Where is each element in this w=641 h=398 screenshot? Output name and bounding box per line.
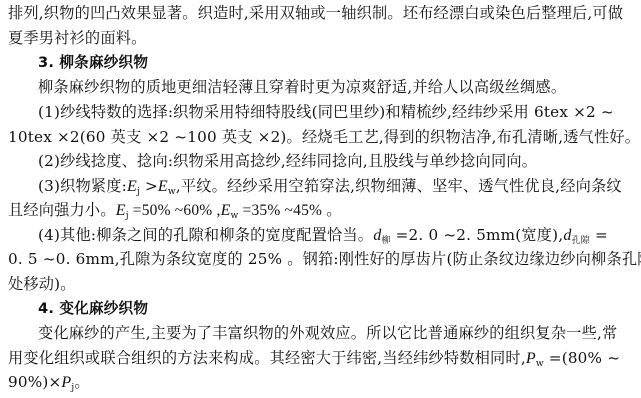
section-heading-4: 4. 变化麻纱织物: [38, 298, 148, 320]
text-span: 柳条麻纱织物的质地更细洁轻薄且穿着时更为凉爽舒适,并给人以高级丝绸感。: [38, 78, 566, 96]
math-var: P: [61, 374, 71, 391]
text-span: 夏季男衬衫的面料。: [8, 29, 147, 47]
paragraph-line: 用变化组织或联合组织的方法来构成。其经密大于纬密,当经纬纱特数相同时,Pw =(…: [8, 347, 620, 369]
math-var: E: [221, 202, 231, 219]
math-var: E: [127, 178, 137, 195]
text-span: =: [590, 226, 608, 244]
text-span: 10tex ×2(60 英支 ×2 ~100 英支 ×2)。经烧毛工艺,得到的织…: [8, 128, 640, 146]
text-span: (2)纱线捻度、捻向:织物采用高捻纱,经纬同捻向,且股线与单纱捻向同向。: [38, 152, 537, 170]
list-item-3: (3)织物紧度:Ej >Ew,平纹。经纱采用空筘穿法,织物细薄、坚牢、透气性优良…: [38, 175, 622, 197]
paragraph-line: 夏季男衬衫的面料。: [8, 27, 147, 49]
text-span: (3)织物紧度:: [38, 177, 127, 195]
text-span: 。: [74, 373, 89, 391]
math-subscript: 柳: [381, 236, 390, 246]
list-item-2: (2)纱线捻度、捻向:织物采用高捻纱,经纬同捻向,且股线与单纱捻向同向。: [38, 150, 537, 172]
text-span: 0. 5 ~0. 6mm,孔隙为条纹宽度的 25% 。钢筘:刚性好的厚齿片(防止…: [8, 250, 641, 268]
math-subscript: 孔隙: [572, 236, 590, 246]
text-span: =50% ~60% ,: [129, 202, 221, 219]
text-span: =2. 0 ~2. 5mm(宽度),: [391, 226, 564, 244]
text-span: 处移动)。: [8, 275, 76, 293]
heading-text: 4. 变化麻纱织物: [38, 300, 148, 317]
text-span: 且经向强力小。: [8, 201, 116, 219]
paragraph-line: 处移动)。: [8, 273, 76, 295]
paragraph-line: 变化麻纱的产生,主要为了丰富织物的外观效应。所以它比普通麻纱的组织复杂一些,常: [38, 322, 617, 344]
text-span: (1)纱线特数的选择:织物采用特细特股线(同巴里纱)和精梳纱,经纬纱采用 6te…: [38, 103, 614, 121]
text-span: 变化麻纱的产生,主要为了丰富织物的外观效应。所以它比普通麻纱的组织复杂一些,常: [38, 324, 617, 342]
text-span: >: [140, 177, 158, 195]
text-span: (4)其他:柳条之间的孔隙和柳条的宽度配置恰当。: [38, 226, 373, 244]
heading-text: 3. 柳条麻纱织物: [38, 54, 148, 71]
list-item-4: (4)其他:柳条之间的孔隙和柳条的宽度配置恰当。d柳 =2. 0 ~2. 5mm…: [38, 224, 608, 246]
math-var: P: [526, 350, 536, 367]
paragraph-line: 且经向强力小。Ej =50% ~60% ,Ew =35% ~45% 。: [8, 199, 342, 221]
paragraph-line: 0. 5 ~0. 6mm,孔隙为条纹宽度的 25% 。钢筘:刚性好的厚齿片(防止…: [8, 248, 641, 270]
text-span: 排列,织物的凹凸效果显著。织造时,采用双轴或一轴织制。坯布经漂白或染色后整理后,…: [8, 4, 623, 22]
text-span: 90%)×: [8, 373, 61, 391]
list-item-1: (1)纱线特数的选择:织物采用特细特股线(同巴里纱)和精梳纱,经纬纱采用 6te…: [38, 101, 614, 123]
text-span: =35% ~45% 。: [238, 202, 341, 219]
paragraph-line: 10tex ×2(60 英支 ×2 ~100 英支 ×2)。经烧毛工艺,得到的织…: [8, 126, 640, 148]
math-subscript: w: [168, 187, 176, 197]
math-var: E: [158, 178, 168, 195]
math-var: d: [563, 227, 571, 244]
section-heading-3: 3. 柳条麻纱织物: [38, 52, 148, 74]
paragraph-line: 柳条麻纱织物的质地更细洁轻薄且穿着时更为凉爽舒适,并给人以高级丝绸感。: [38, 76, 566, 98]
paragraph-line: 排列,织物的凹凸效果显著。织造时,采用双轴或一轴织制。坯布经漂白或染色后整理后,…: [8, 2, 623, 24]
text-span: 用变化组织或联合组织的方法来构成。其经密大于纬密,当经纬纱特数相同时,: [8, 349, 526, 367]
text-span: =(80% ~: [544, 349, 620, 367]
math-subscript: w: [536, 359, 544, 369]
math-var: E: [116, 202, 126, 219]
text-span: ,平纹。经纱采用空筘穿法,织物细薄、坚牢、透气性优良,经向条纹: [176, 177, 622, 195]
paragraph-line: 90%)×Pj。: [8, 371, 90, 393]
